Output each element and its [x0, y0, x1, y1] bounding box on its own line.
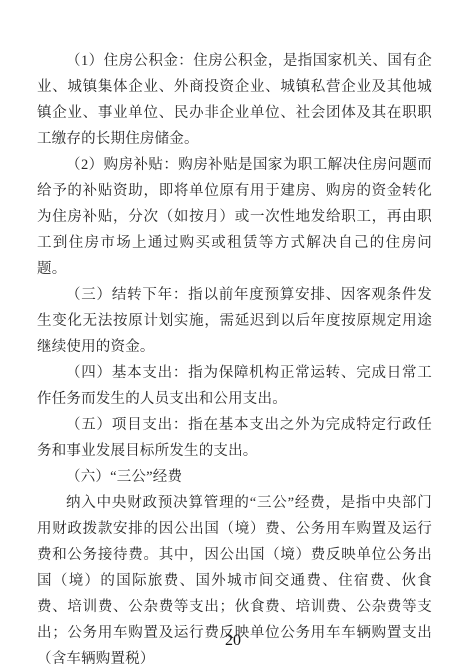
paragraph-carryover-funds: （三）结转下年：指以前年度预算安排、因客观条件发生变化无法按原计划实施，需延迟到… — [37, 282, 432, 360]
heading-three-public-funds: （六）“三公”经费 — [37, 464, 432, 490]
paragraph-housing-subsidy: （2）购房补贴：购房补贴是国家为职工解决住房问题而给予的补贴资助，即将单位原有用… — [37, 152, 432, 282]
document-page: （1）住房公积金：住房公积金，是指国家机关、国有企业、城镇集体企业、外商投资企业… — [0, 0, 466, 664]
page-number: 20 — [0, 631, 466, 651]
page-content: （1）住房公积金：住房公积金，是指国家机关、国有企业、城镇集体企业、外商投资企业… — [37, 48, 432, 664]
paragraph-basic-expenditure: （四）基本支出：指为保障机构正常运转、完成日常工作任务而发生的人员支出和公用支出… — [37, 360, 432, 412]
paragraph-project-expenditure: （五）项目支出：指在基本支出之外为完成特定行政任务和事业发展目标所发生的支出。 — [37, 412, 432, 464]
paragraph-housing-fund: （1）住房公积金：住房公积金，是指国家机关、国有企业、城镇集体企业、外商投资企业… — [37, 48, 432, 152]
